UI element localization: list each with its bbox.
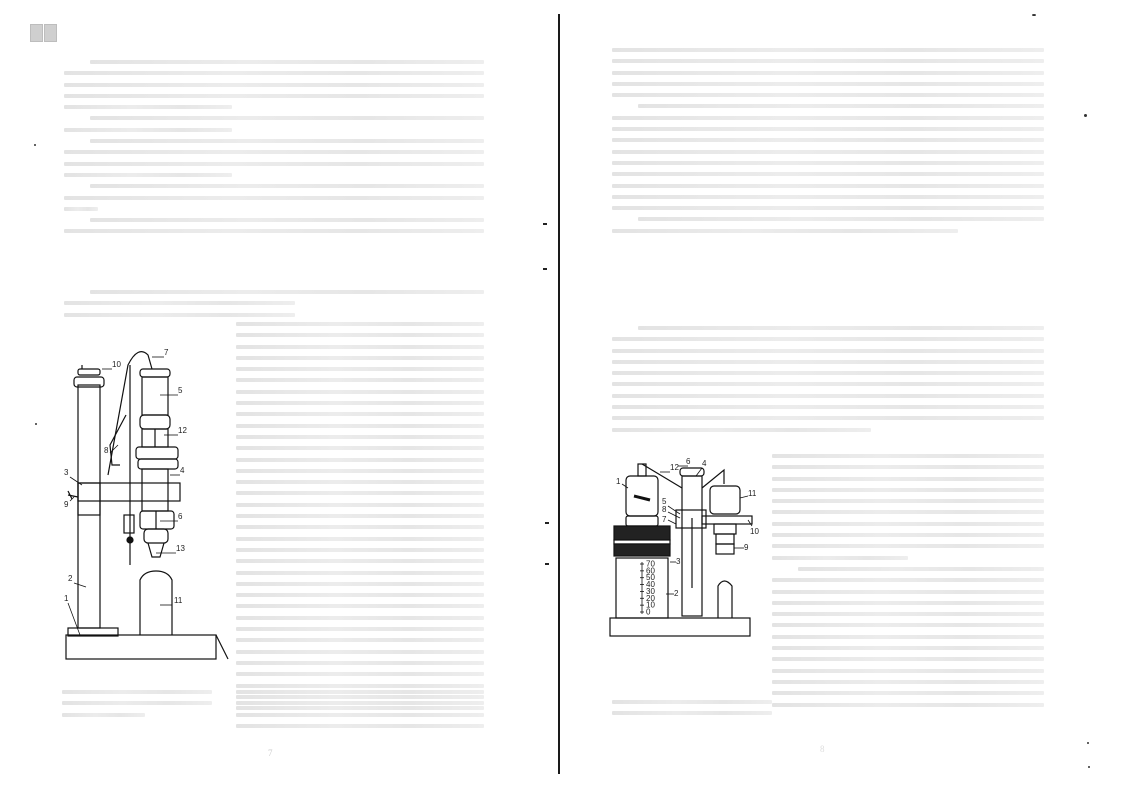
left-text-mid bbox=[64, 290, 484, 324]
callout-13: 13 bbox=[176, 544, 185, 553]
book-spine bbox=[558, 14, 560, 774]
left-figure-caption bbox=[62, 690, 212, 724]
scan-speck bbox=[35, 423, 37, 425]
left-page-number: 7 bbox=[268, 748, 273, 758]
callout-4: 4 bbox=[180, 466, 185, 475]
callout-8: 8 bbox=[662, 505, 667, 514]
scan-speck bbox=[1088, 766, 1090, 768]
callout-2: 2 bbox=[68, 574, 73, 583]
scan-speck bbox=[1087, 742, 1089, 744]
callout-7: 7 bbox=[164, 348, 169, 357]
callout-6: 6 bbox=[178, 512, 183, 521]
figure-cylinder-apparatus: 706050403020100 12 6 4 1 5 bbox=[604, 458, 764, 638]
scan-speck bbox=[34, 144, 36, 146]
callout-5: 5 bbox=[178, 386, 183, 395]
callout-2: 2 bbox=[674, 589, 679, 598]
callout-9: 9 bbox=[64, 500, 69, 509]
scan-corner-mark bbox=[30, 24, 58, 40]
left-page: 10 7 5 8 12 3 4 9 6 13 2 1 11 7 bbox=[0, 0, 558, 793]
scan-speck bbox=[1084, 114, 1087, 117]
right-page: 706050403020100 12 6 4 1 5 bbox=[562, 0, 1123, 793]
left-text-column bbox=[236, 322, 484, 717]
right-text-bottom-left bbox=[612, 700, 772, 723]
right-text-column bbox=[772, 454, 1044, 714]
callout-3: 3 bbox=[676, 557, 681, 566]
callout-4: 4 bbox=[702, 459, 707, 468]
callout-1: 1 bbox=[616, 477, 621, 486]
callout-3: 3 bbox=[64, 468, 69, 477]
callout-1: 1 bbox=[64, 594, 69, 603]
callout-10: 10 bbox=[750, 527, 759, 536]
scan-speck bbox=[1032, 14, 1036, 16]
left-text-bottom bbox=[236, 690, 484, 735]
callout-9: 9 bbox=[744, 543, 749, 552]
callout-11: 11 bbox=[174, 596, 183, 605]
right-page-number: 8 bbox=[820, 744, 825, 754]
binding-mark bbox=[543, 268, 547, 270]
scale-tick-label: 0 bbox=[646, 608, 651, 617]
callout-7: 7 bbox=[662, 515, 667, 524]
callout-10: 10 bbox=[112, 360, 121, 369]
callout-11: 11 bbox=[748, 489, 757, 498]
callout-6: 6 bbox=[686, 458, 691, 466]
binding-mark bbox=[545, 563, 549, 565]
callout-12: 12 bbox=[178, 426, 187, 435]
left-text-top bbox=[64, 60, 484, 241]
callout-8: 8 bbox=[104, 446, 109, 455]
binding-mark bbox=[543, 223, 547, 225]
right-text-mid bbox=[612, 326, 1044, 439]
right-text-top bbox=[612, 48, 1044, 240]
figure-stand-apparatus: 10 7 5 8 12 3 4 9 6 13 2 1 11 bbox=[60, 335, 240, 665]
binding-mark bbox=[545, 522, 549, 524]
callout-12: 12 bbox=[670, 463, 679, 472]
